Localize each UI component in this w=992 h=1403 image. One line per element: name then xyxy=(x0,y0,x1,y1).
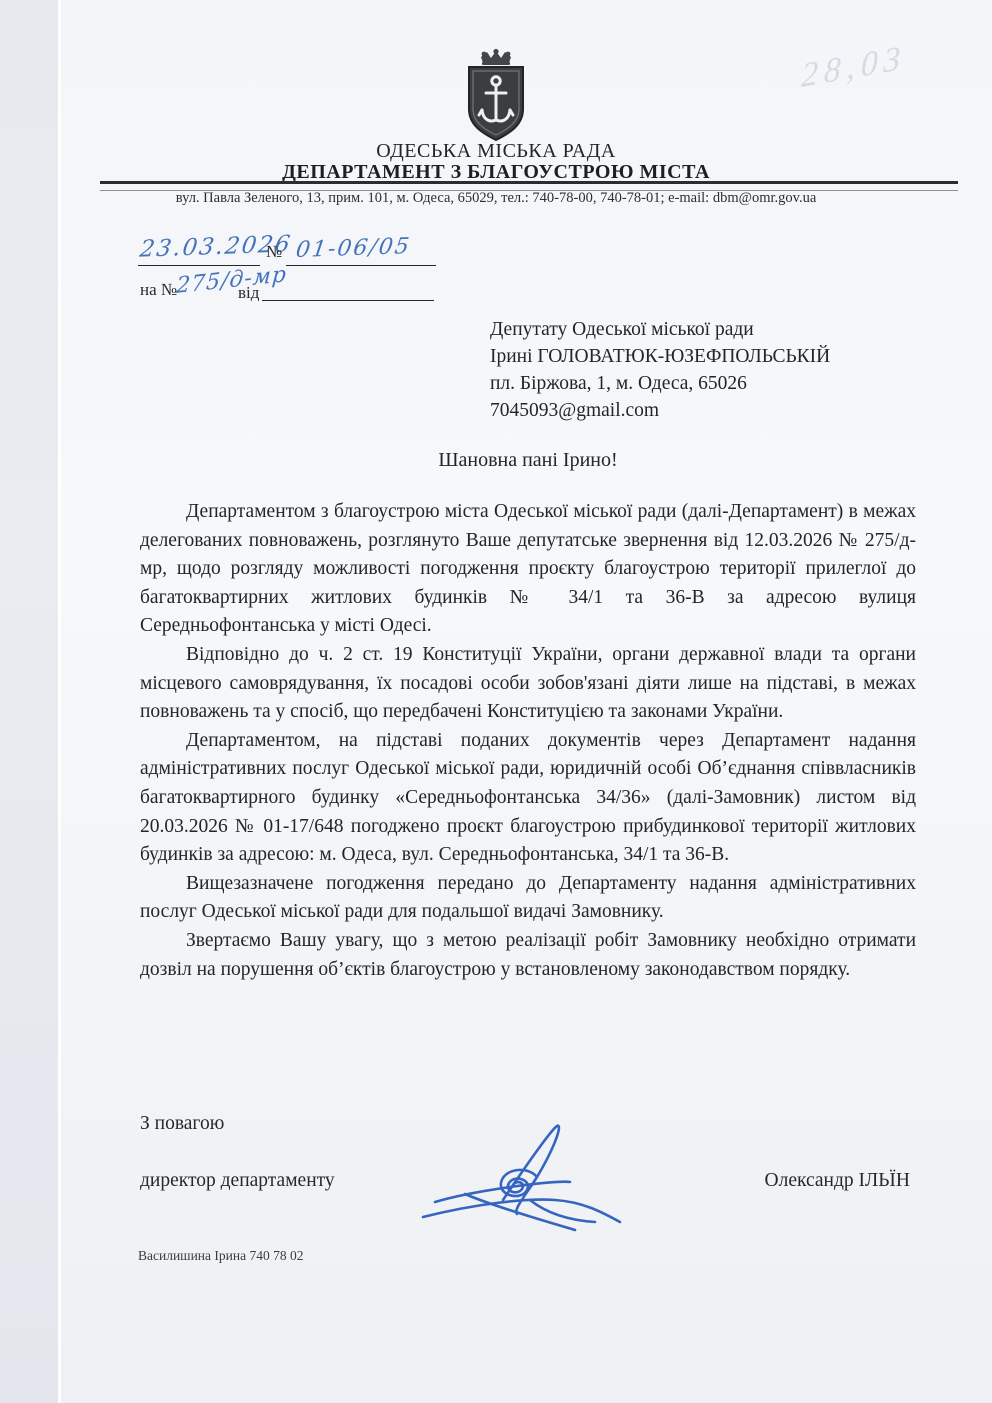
recipient-line: пл. Біржова, 1, м. Одеса, 65026 xyxy=(490,370,930,397)
closing-regards: З повагою xyxy=(140,1113,224,1135)
reply-date-label: від xyxy=(238,283,259,303)
recipient-block: Депутату Одеської міської ради Ірині ГОЛ… xyxy=(490,316,930,424)
signer-name: Олександр ІЛЬЇН xyxy=(700,1170,910,1192)
salutation: Шановна пані Ірино! xyxy=(140,449,916,472)
paragraph-3: Департаментом, на підставі поданих докум… xyxy=(140,727,916,870)
scanned-letter-page: 28,03 ОДЕСЬКА МІСЬКА РАДА ДЕПАР xyxy=(0,0,992,1403)
scan-fold-line xyxy=(58,0,61,1403)
paragraph-2: Відповідно до ч. 2 ст. 19 Конституції Ук… xyxy=(140,641,916,727)
handwritten-reply-number: 275/д-мр xyxy=(175,262,287,299)
odesa-anchor-crest-icon xyxy=(457,48,535,147)
number-underline xyxy=(286,265,436,266)
executor-contact: Василишина Ірина 740 78 02 xyxy=(138,1248,303,1264)
signer-position: директор департаменту xyxy=(140,1170,335,1192)
reply-label: на № xyxy=(140,280,177,300)
recipient-line: Депутату Одеської міської ради xyxy=(490,316,930,343)
recipient-email: 7045093@gmail.com xyxy=(490,397,930,424)
handwritten-signature-icon xyxy=(405,1122,655,1247)
pencil-note: 28,03 xyxy=(801,26,980,96)
address-line: вул. Павла Зеленого, 13, прим. 101, м. О… xyxy=(0,190,992,207)
scan-edge-strip xyxy=(0,0,58,1403)
org-name: ОДЕСЬКА МІСЬКА РАДА xyxy=(0,140,992,163)
reply-date-underline xyxy=(262,300,434,301)
letter-body: Департаментом з благоустрою міста Одеськ… xyxy=(140,498,916,984)
recipient-line: Ірині ГОЛОВАТЮК-ЮЗЕФПОЛЬСЬКІЙ xyxy=(490,343,930,370)
paragraph-5: Звертаємо Вашу увагу, що з метою реаліза… xyxy=(140,927,916,984)
paragraph-4: Вищезазначене погодження передано до Деп… xyxy=(140,870,916,927)
paragraph-1: Департаментом з благоустрою міста Одеськ… xyxy=(140,498,916,641)
handwritten-number: 01-06/05 xyxy=(294,234,412,263)
number-label: № xyxy=(266,242,282,262)
